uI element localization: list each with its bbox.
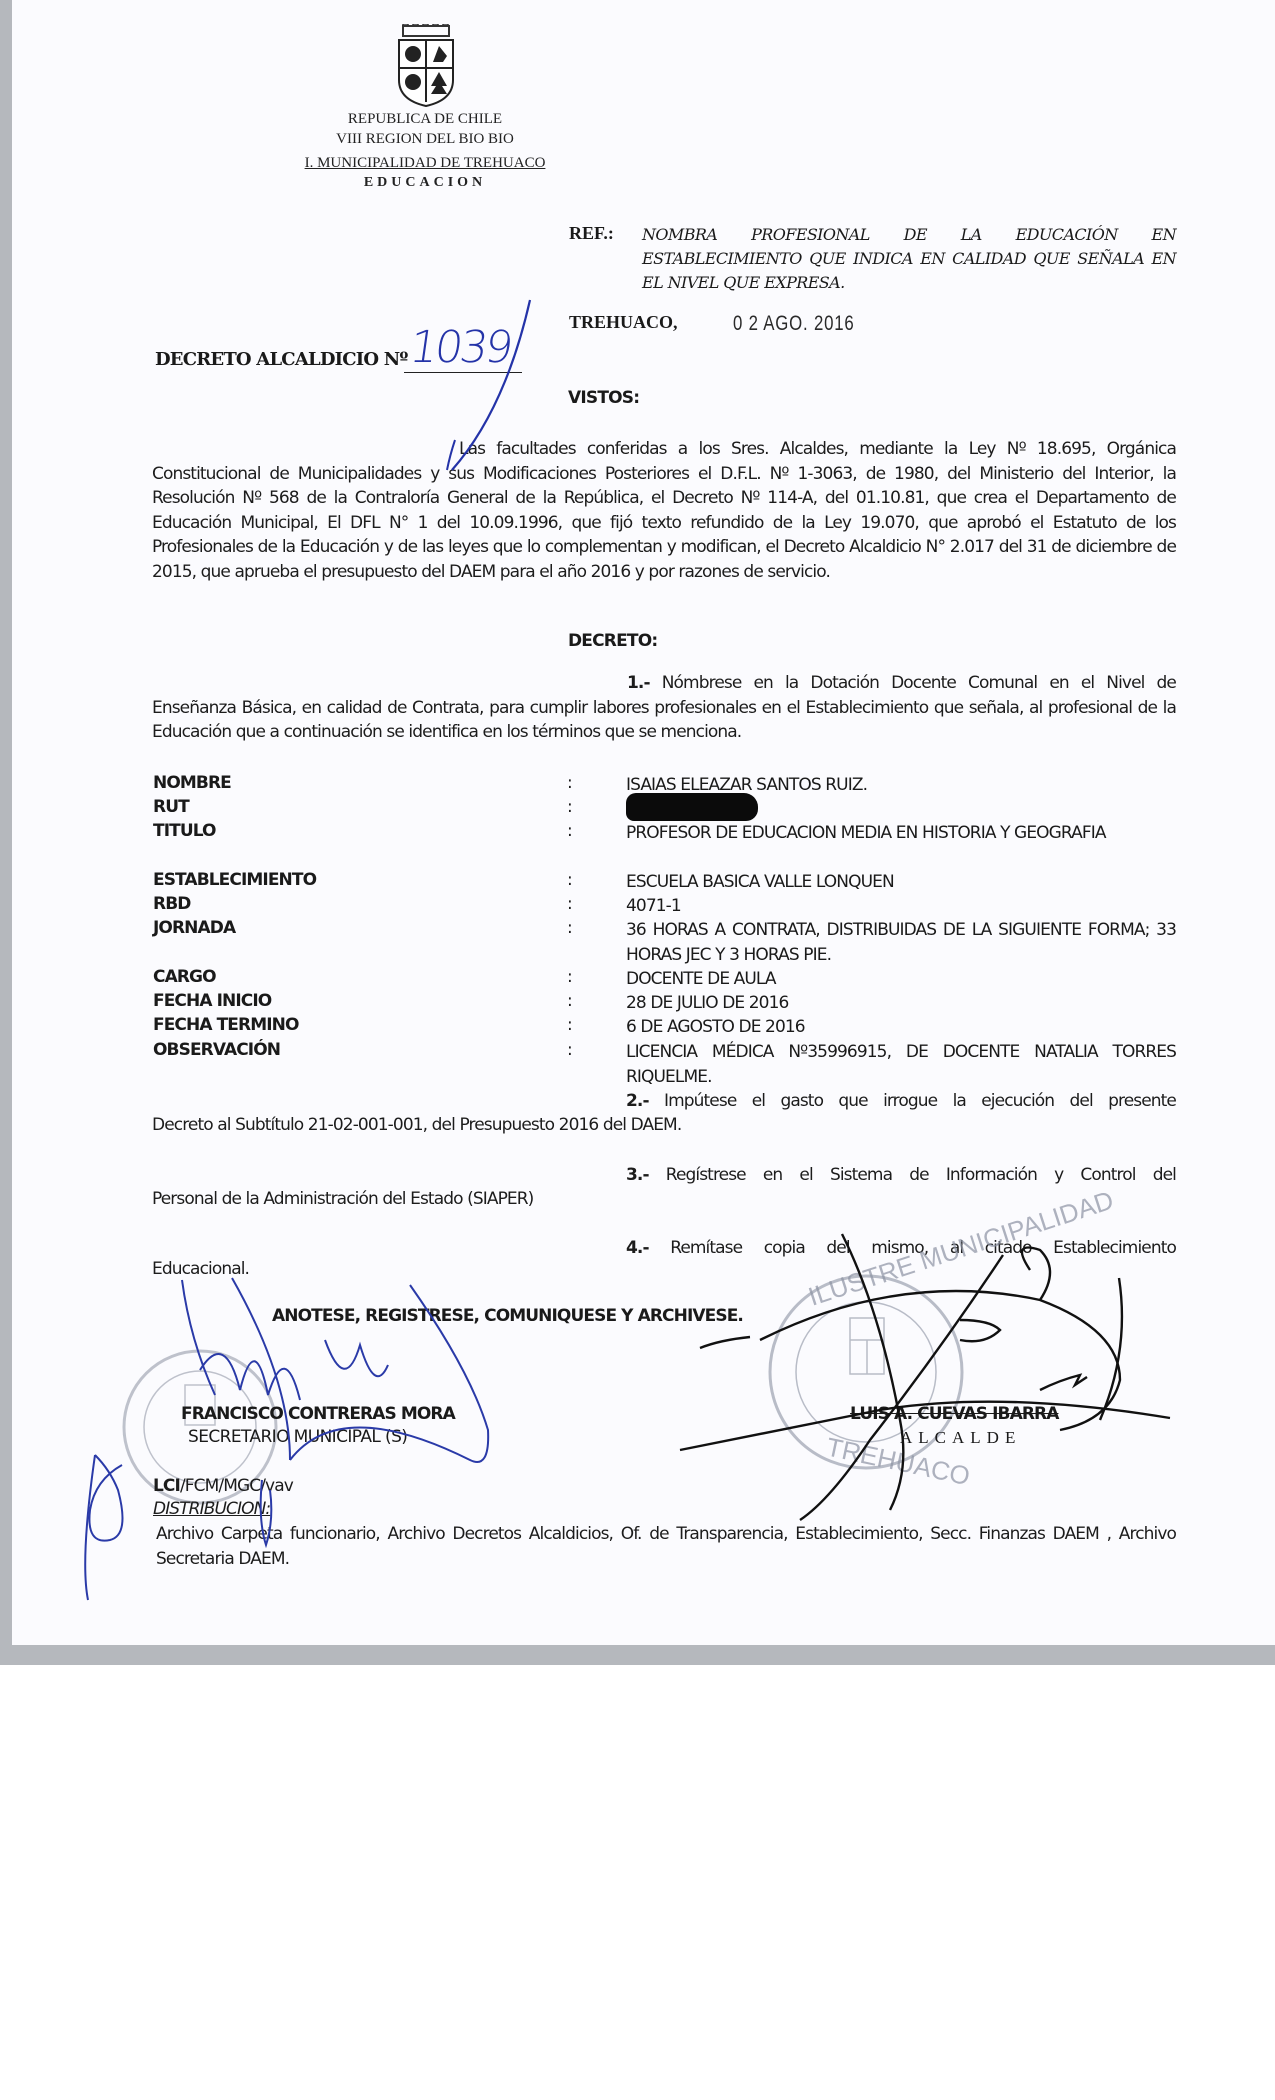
distribution-text: Archivo Carpeta funcionario, Archivo Dec… xyxy=(156,1522,1176,1571)
vistos-title: VISTOS: xyxy=(568,388,639,408)
field-value-rbd: 4071-1 xyxy=(626,894,1176,919)
field-colon: : xyxy=(567,821,573,841)
field-colon: : xyxy=(567,967,573,987)
decreto-item-3-line-2: Personal de la Administración del Estado… xyxy=(152,1187,533,1212)
decreto-title: DECRETO: xyxy=(568,631,657,651)
field-label-rut: RUT xyxy=(153,797,189,817)
item-1-text: Nómbrese en la Dotación Docente Comunal … xyxy=(152,673,1176,742)
field-label-cargo: CARGO xyxy=(153,967,216,987)
field-value-cargo: DOCENTE DE AULA xyxy=(626,967,1176,992)
header-municipality: I. MUNICIPALIDAD DE TREHUACO xyxy=(250,155,600,172)
mayor-name: LUIS A. CUEVAS IBARRA xyxy=(850,1404,1058,1424)
decree-number-label: DECRETO ALCALDICIO Nº xyxy=(155,349,408,370)
field-colon: : xyxy=(567,918,573,938)
item-3-number: 3.- xyxy=(626,1165,649,1185)
secretary-role: SECRETARIO MUNICIPAL (S) xyxy=(188,1427,407,1447)
field-label-jornada: JORNADA xyxy=(153,918,235,938)
field-colon: : xyxy=(567,1015,573,1035)
field-value-establecimiento: ESCUELA BASICA VALLE LONQUEN xyxy=(626,870,1176,895)
header-department: EDUCACION xyxy=(250,175,600,191)
coat-of-arms-icon xyxy=(393,24,459,108)
field-value-fecha-termino: 6 DE AGOSTO DE 2016 xyxy=(626,1015,1176,1040)
item-4-text: Remítase copia del mismo, al citado Esta… xyxy=(670,1238,1176,1258)
decree-number-handwritten: 1039 xyxy=(406,322,513,373)
secretary-name: FRANCISCO CONTRERAS MORA xyxy=(181,1404,455,1424)
field-colon: : xyxy=(567,773,573,793)
field-label-fecha-inicio: FECHA INICIO xyxy=(153,991,271,1011)
field-colon: : xyxy=(567,991,573,1011)
vistos-text: Las facultades conferidas a los Sres. Al… xyxy=(152,437,1176,584)
field-value-titulo: PROFESOR DE EDUCACION MEDIA EN HISTORIA … xyxy=(626,821,1176,846)
field-label-establecimiento: ESTABLECIMIENTO xyxy=(153,870,316,890)
field-label-nombre: NOMBRE xyxy=(153,773,231,793)
item-2-number: 2.- xyxy=(626,1091,649,1111)
decreto-item-4-line-2: Educacional. xyxy=(152,1257,249,1282)
field-colon: : xyxy=(567,797,573,817)
item-2-text: Impútese el gasto que irrogue la ejecuci… xyxy=(664,1091,1176,1111)
decreto-item-3-line-1: 3.- Regístrese en el Sistema de Informac… xyxy=(626,1163,1176,1188)
item-3-text: Regístrese en el Sistema de Información … xyxy=(666,1165,1176,1185)
distribution-title: DISTRIBUCION: xyxy=(153,1497,270,1522)
field-colon: : xyxy=(567,870,573,890)
decreto-item-2-line-2: Decreto al Subtítulo 21-02-001-001, del … xyxy=(152,1113,681,1138)
field-colon: : xyxy=(567,894,573,914)
item-1-number: 1.- xyxy=(627,673,650,693)
field-value-observacion: LICENCIA MÉDICA Nº35996915, DE DOCENTE N… xyxy=(626,1040,1176,1089)
reference-label: REF.: xyxy=(569,223,614,244)
date-stamp: 0 2 AGO. 2016 xyxy=(733,312,855,336)
redacted-rut xyxy=(626,793,758,821)
field-value-fecha-inicio: 28 DE JULIO DE 2016 xyxy=(626,991,1176,1016)
field-label-rbd: RBD xyxy=(153,894,190,914)
header-country: REPUBLICA DE CHILE xyxy=(250,111,600,128)
reference-text: NOMBRA PROFESIONAL DE LA EDUCACIÓN EN ES… xyxy=(642,223,1176,295)
item-4-number: 4.- xyxy=(626,1238,649,1258)
city-label: TREHUACO, xyxy=(569,312,678,333)
field-value-jornada: 36 HORAS A CONTRATA, DISTRIBUIDAS DE LA … xyxy=(626,918,1176,967)
field-label-fecha-termino: FECHA TERMINO xyxy=(153,1015,299,1035)
decreto-item-4-line-1: 4.- Remítase copia del mismo, al citado … xyxy=(626,1236,1176,1261)
header-region: VIII REGION DEL BIO BIO xyxy=(250,131,600,148)
field-label-observacion: OBSERVACIÓN xyxy=(153,1040,280,1060)
closing-formula: ANOTESE, REGISTRESE, COMUNIQUESE Y ARCHI… xyxy=(272,1306,743,1326)
field-label-titulo: TITULO xyxy=(153,821,216,841)
mayor-role: ALCALDE xyxy=(900,1428,1021,1448)
decreto-item-2-line-1: 2.- Impútese el gasto que irrogue la eje… xyxy=(626,1089,1176,1114)
initials: LCI/FCM/MGC/vav xyxy=(153,1474,293,1499)
field-colon: : xyxy=(567,1040,573,1060)
decreto-item-1: 1.- Nómbrese en la Dotación Docente Comu… xyxy=(152,671,1176,745)
initials-rest: /FCM/MGC/vav xyxy=(180,1476,293,1496)
initials-bold: LCI xyxy=(153,1476,180,1496)
